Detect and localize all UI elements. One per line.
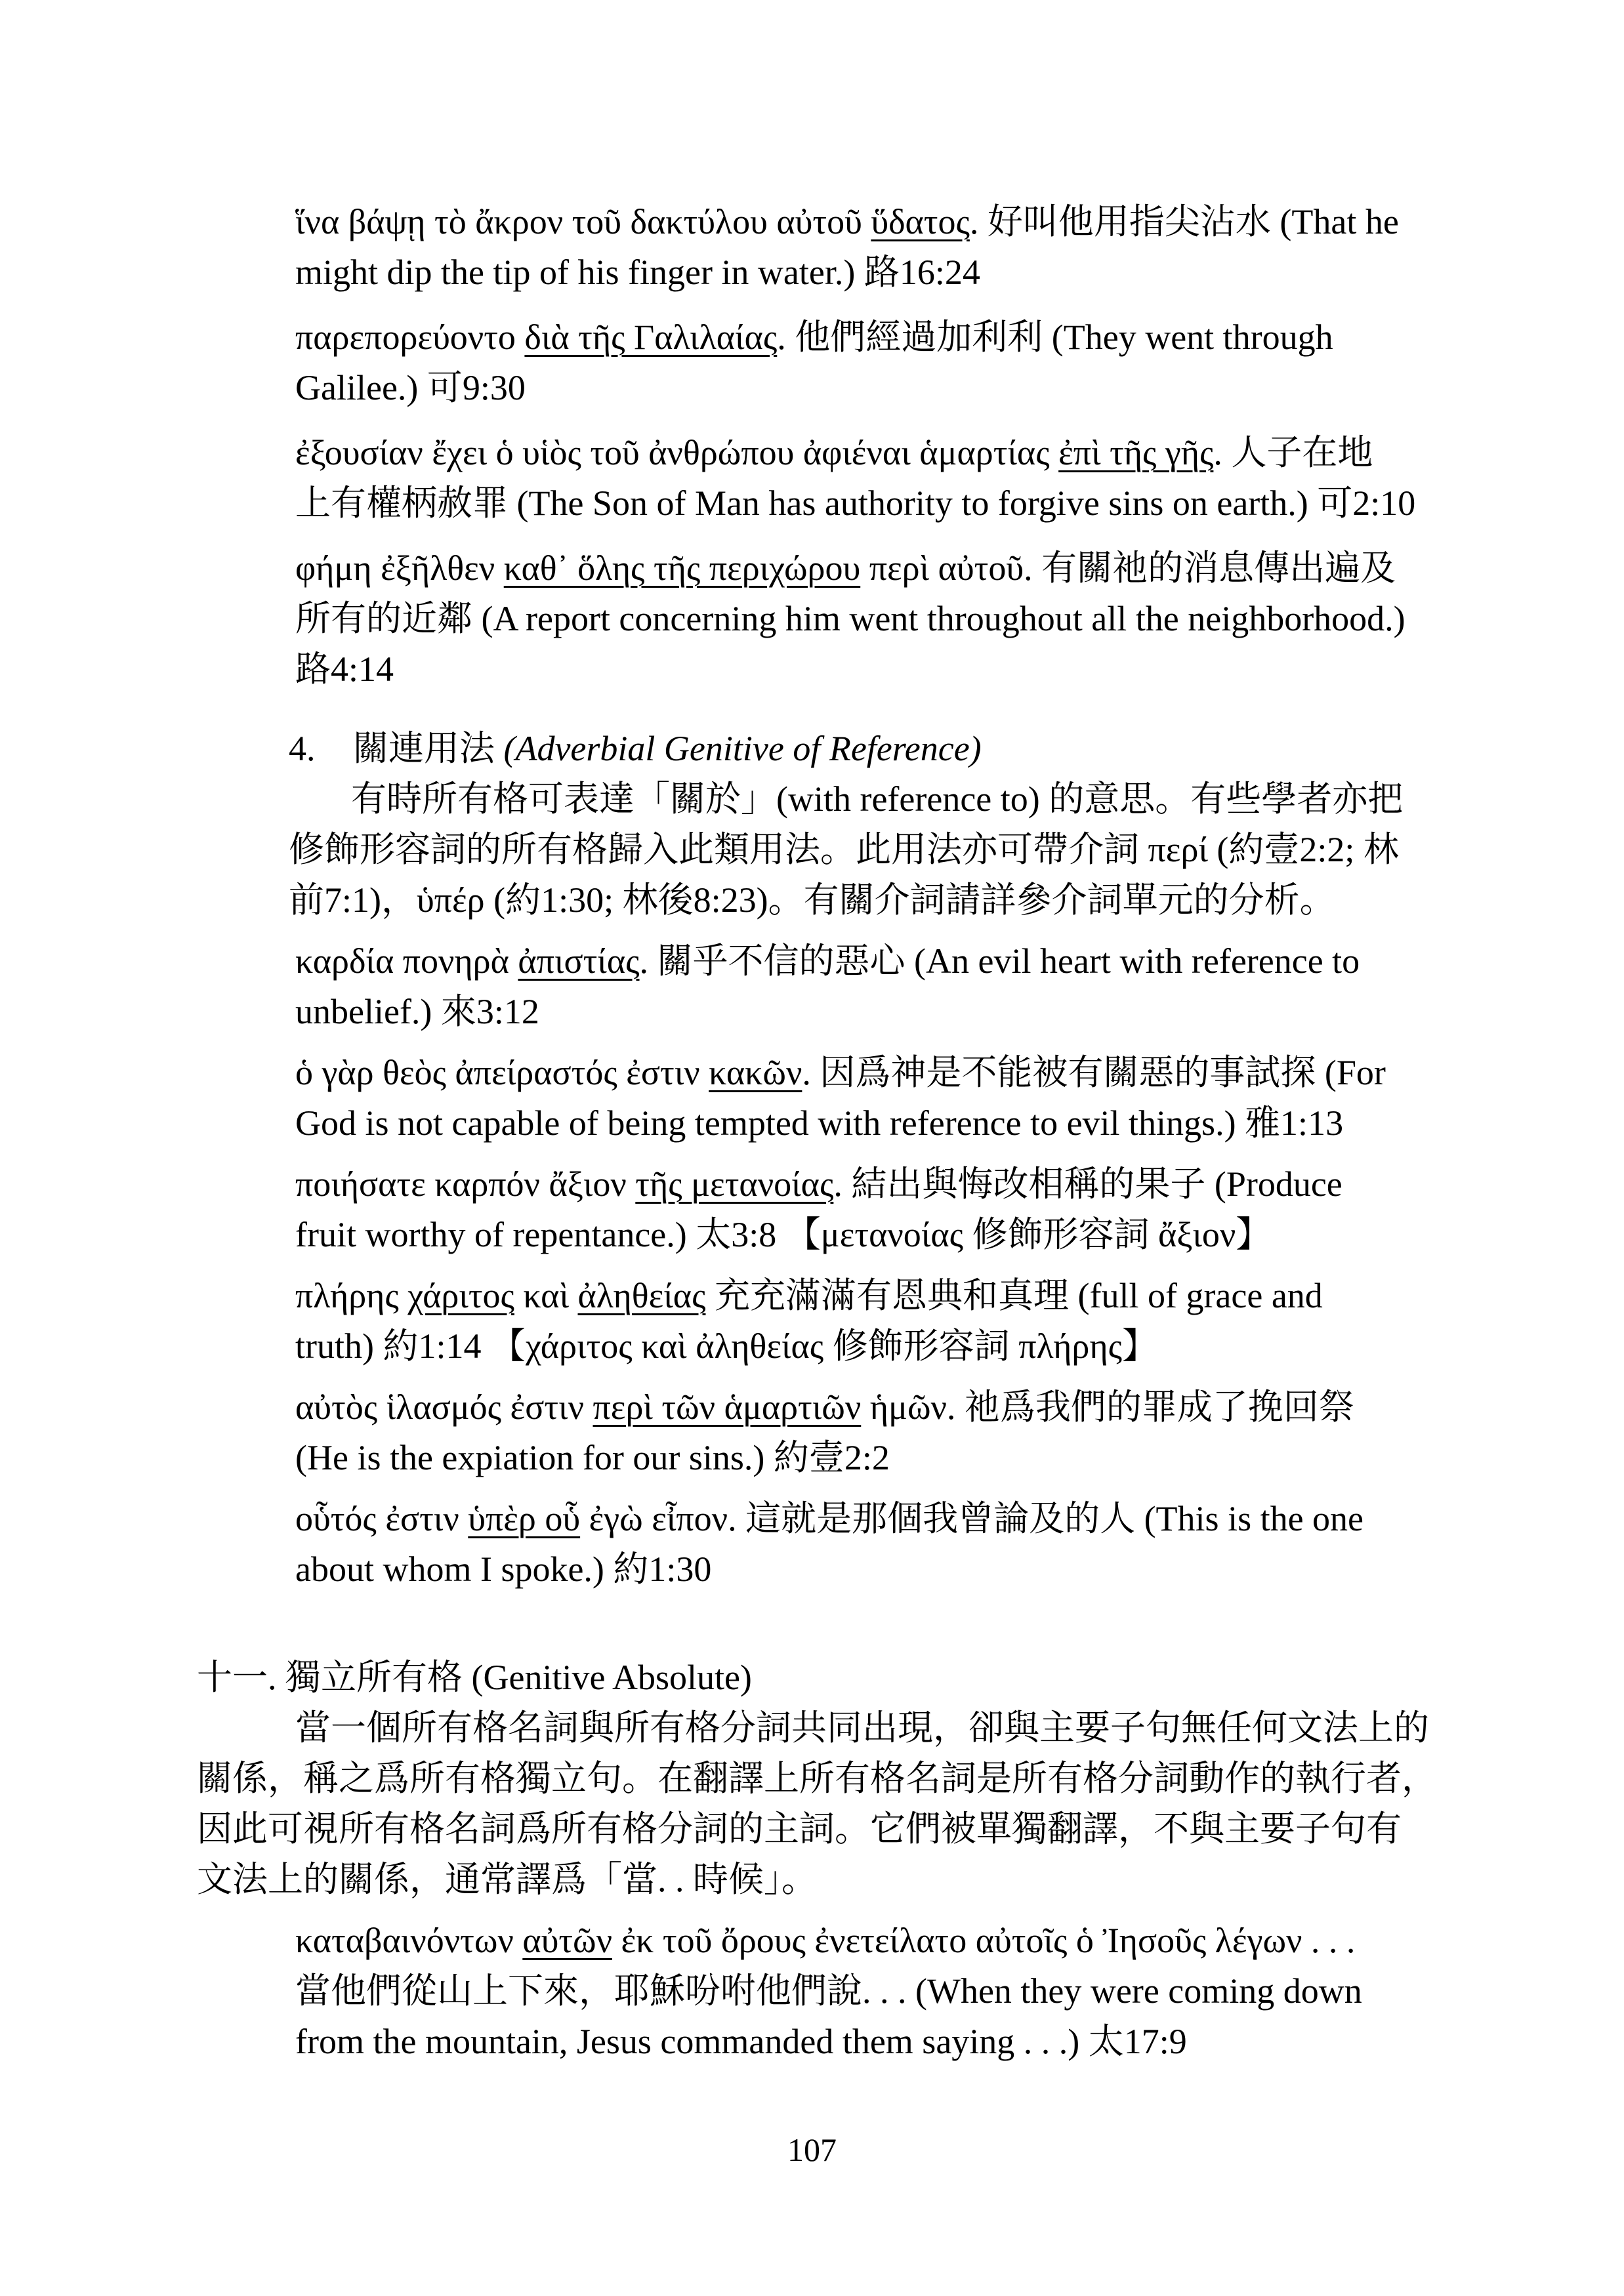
text-segment: (Produce [1205, 1164, 1342, 1204]
text-segment: (When they were coming down [915, 1971, 1362, 2011]
text-segment: 】 [1236, 1215, 1271, 1254]
greek-underlined-phrase: ἀληθείας [577, 1276, 705, 1315]
text-segment: 上有權柄赦罪 [295, 483, 508, 523]
text-segment: ἐκ τοῦ ὄρους ἐνετείλατο αὐτοῖς ὁ Ἰησοῦς … [612, 1921, 1355, 1960]
text-segment: 結出與悔改相稱的果子 [851, 1164, 1205, 1204]
text-segment: truth) [295, 1326, 383, 1366]
text-segment: καταβαινόντων [295, 1921, 522, 1960]
text-segment: (An evil heart with reference to [906, 941, 1360, 981]
text-line: 因此可視所有格名詞爲所有格分詞的主詞。它們被單獨翻譯，不與主要子句有 [197, 1804, 1493, 1855]
text-line: from the mountain, Jesus commanded them … [295, 2017, 1493, 2067]
text-line: (He is the expiation for our sins.) 約壹2:… [295, 1433, 1493, 1483]
text-segment: 有關祂的消息傳出遍及 [1041, 548, 1396, 588]
text-segment: about whom I spoke.) [295, 1549, 613, 1589]
text-segment: 可9:30 [427, 368, 526, 407]
text-segment: 這就是那個我曾論及的人 [745, 1499, 1135, 1538]
text-segment: fruit worthy of repentance.) [295, 1215, 696, 1254]
text-line: unbelief.) 來3:12 [295, 987, 1493, 1037]
text-line: about whom I spoke.) 約1:30 [295, 1544, 1493, 1595]
text-line: ὁ γὰρ θεὸς ἀπείραστός ἐστιν κακῶν. 因爲神是不… [295, 1048, 1493, 1098]
text-line: 修飾形容詞的所有格歸入此類用法。此用法亦可帶介詞 περί (約壹2:2; 林 [289, 825, 1493, 875]
text-line: ἐξουσίαν ἔχει ὁ υἱὸς τοῦ ἀνθρώπου ἀφιένα… [295, 428, 1493, 478]
text-segment: 太3:8 【 [696, 1215, 821, 1254]
page-footer: 107 [0, 2125, 1624, 2175]
text-line: fruit worthy of repentance.) 太3:8 【μεταν… [295, 1210, 1493, 1260]
text-segment: 當一個所有格名詞與所有格分詞共同出現，卻與主要子句無任何文法上的 [295, 1708, 1429, 1748]
text-segment: 約1:14 【 [383, 1326, 526, 1366]
example-john-1-14: πλήρης χάριτος καὶ ἀληθείας 充充滿滿有恩典和真理 (… [295, 1271, 1493, 1372]
greek-underlined-phrase: ἐπὶ τῆς γῆς [1058, 433, 1213, 472]
text-segment: παρεπορεύοντο [295, 318, 524, 357]
text-segment: (約壹2:2; 林 [1208, 830, 1399, 869]
text-segment: 當他們從山上下來，耶穌吩咐他們說. . . [295, 1971, 915, 2011]
text-line: πλήρης χάριτος καὶ ἀληθείας 充充滿滿有恩典和真理 (… [295, 1271, 1493, 1321]
text-line: παρεπορεύοντο διὰ τῆς Γαλιλαίας. 他們經過加利利… [295, 312, 1493, 363]
text-segment: 約壹2:2 [774, 1438, 890, 1477]
text-segment: περί [1148, 830, 1208, 869]
text-segment: (That he [1271, 202, 1399, 241]
text-segment: οὗτός ἐστιν [295, 1499, 468, 1538]
text-segment: might dip the tip of his finger in water… [295, 253, 864, 292]
text-segment: 關乎不信的惡心 [657, 941, 906, 981]
text-segment: (They went through [1043, 318, 1333, 357]
example-john-1-30: οὗτός ἐστιν ὑπὲρ οὗ ἐγὼ εἶπον. 這就是那個我曾論及… [295, 1494, 1493, 1595]
text-segment: καρδία πονηρὰ [295, 941, 518, 981]
text-line: God is not capable of being tempted with… [295, 1098, 1493, 1149]
text-segment: αὐτὸς ἱλασμός ἐστιν [295, 1387, 593, 1427]
example-matt-17-9: καταβαινόντων αὐτῶν ἐκ τοῦ ὄρους ἐνετείλ… [295, 1916, 1493, 2067]
text-line: truth) 約1:14 【χάριτος καὶ ἀληθείας 修飾形容詞… [295, 1321, 1493, 1372]
text-segment: 修飾形容詞的所有格歸入此類用法。此用法亦可帶介詞 [289, 830, 1148, 869]
heading-genitive-absolute: 十一. 獨立所有格 (Genitive Absolute) [197, 1652, 1493, 1703]
text-segment: 可2:10 [1317, 483, 1415, 523]
text-segment: 4. [289, 724, 353, 774]
text-segment: ἐξουσίαν ἔχει ὁ υἱὸς τοῦ ἀνθρώπου ἀφιένα… [295, 433, 1058, 472]
text-line: αὐτὸς ἱλασμός ἐστιν περὶ τῶν ἁμαρτιῶν ἡμ… [295, 1382, 1493, 1433]
heading-adverbial-genitive-of-reference: 4.關連用法 (Adverbial Genitive of Reference) [289, 724, 1493, 774]
greek-underlined-phrase: περὶ τῶν ἁμαρτιῶν [593, 1387, 862, 1427]
example-mark-9-30: παρεπορεύοντο διὰ τῆς Γαλιλαίας. 他們經過加利利… [295, 312, 1493, 413]
text-segment: πλήρης [1018, 1326, 1122, 1366]
greek-underlined-phrase: διὰ τῆς Γαλιλαίας [524, 318, 777, 357]
document-page: ἵνα βάψῃ τὸ ἄκρον τοῦ δακτύλου αὐτοῦ ὕδα… [0, 0, 1624, 2175]
text-segment: 】 [1122, 1326, 1157, 1366]
para-genitive-absolute: 當一個所有格名詞與所有格分詞共同出現，卻與主要子句無任何文法上的關係，稱之爲所有… [197, 1703, 1493, 1905]
text-segment: (He is the expiation for our sins.) [295, 1438, 774, 1477]
example-matt-3-8: ποιήσατε καρπόν ἄξιον τῆς μετανοίας. 結出與… [295, 1159, 1493, 1260]
text-segment: 關連用法 [353, 729, 504, 768]
text-segment: 路4:14 [295, 649, 394, 689]
text-segment: ἄξιον [1158, 1215, 1236, 1254]
text-segment: ποιήσατε καρπόν ἄξιον [295, 1164, 635, 1204]
text-line: 當他們從山上下來，耶穌吩咐他們說. . . (When they were co… [295, 1966, 1493, 2017]
para-adverbial-genitive-of-reference: 有時所有格可表達「關於」(with reference to) 的意思。有些學者… [289, 774, 1493, 926]
text-segment: 他們經過加利利 [795, 318, 1043, 357]
text-line: Galilee.) 可9:30 [295, 363, 1493, 413]
text-line: 上有權柄赦罪 (The Son of Man has authority to … [295, 478, 1493, 529]
text-segment: 祂爲我們的罪成了挽回祭 [965, 1387, 1354, 1427]
text-segment: (full of grace and [1069, 1276, 1323, 1315]
text-segment: 路16:24 [864, 253, 980, 292]
text-line: 當一個所有格名詞與所有格分詞共同出現，卻與主要子句無任何文法上的 [197, 1703, 1493, 1753]
text-segment: 文法上的關係，通常譯爲「當. . 時候」。 [197, 1860, 817, 1899]
text-segment: 充充滿滿有恩典和真理 [715, 1276, 1069, 1315]
text-segment: 因此可視所有格名詞爲所有格分詞的主詞。它們被單獨翻譯，不與主要子句有 [197, 1809, 1402, 1849]
text-line: ἵνα βάψῃ τὸ ἄκρον τοῦ δακτύλου αὐτοῦ ὕδα… [295, 197, 1493, 247]
text-segment: 太17:9 [1089, 2022, 1187, 2061]
text-segment: 有時所有格可表達「關於」(with reference to) 的意思。有些學者… [351, 779, 1403, 819]
text-line: καρδία πονηρὰ ἀπιστίας. 關乎不信的惡心 (An evil… [295, 936, 1493, 987]
text-segment: 約1:30 [613, 1549, 711, 1589]
text-segment: God is not capable of being tempted with… [295, 1103, 1245, 1143]
example-mark-2-10: ἐξουσίαν ἔχει ὁ υἱὸς τοῦ ἀνθρώπου ἀφιένα… [295, 428, 1493, 529]
text-segment: 修飾形容詞 [963, 1215, 1158, 1254]
text-segment: 好叫他用指尖沾水 [988, 202, 1271, 241]
text-line: φήμη ἐξῆλθεν καθ᾽ ὅλης τῆς περιχώρου περ… [295, 543, 1493, 594]
text-segment: . [970, 202, 988, 241]
text-segment: ἵνα βάψῃ τὸ ἄκρον τοῦ δακτύλου αὐτοῦ [295, 202, 871, 241]
text-segment: 因爲神是不能被有關惡的事試探 [820, 1053, 1316, 1092]
text-segment: from the mountain, Jesus commanded them … [295, 2022, 1089, 2061]
text-segment: 修飾形容詞 [823, 1326, 1018, 1366]
text-segment: unbelief.) [295, 992, 441, 1031]
greek-underlined-phrase: αὐτῶν [522, 1921, 612, 1960]
text-segment: μετανοίας [821, 1215, 963, 1254]
text-segment: (約1:30; 林後8:23)。有關介詞請詳參介詞單元的分析。 [485, 880, 1335, 920]
text-line: ποιήσατε καρπόν ἄξιον τῆς μετανοίας. 結出與… [295, 1159, 1493, 1210]
text-segment: χάριτος καὶ ἀληθείας [526, 1326, 823, 1366]
text-segment: (This is the one [1135, 1499, 1364, 1538]
text-segment [705, 1276, 715, 1315]
text-segment: (A report concerning him went throughout… [472, 599, 1405, 638]
greek-underlined-phrase: κακῶν [709, 1053, 802, 1092]
text-segment: καὶ [514, 1276, 578, 1315]
text-segment: ἐγὼ εἶπον. [580, 1499, 745, 1538]
text-segment: (Adverbial Genitive of Reference) [504, 729, 982, 768]
text-segment: πλήρης [295, 1276, 407, 1315]
example-heb-3-12: καρδία πονηρὰ ἀπιστίας. 關乎不信的惡心 (An evil… [295, 936, 1493, 1037]
example-luke-4-14: φήμη ἐξῆλθεν καθ᾽ ὅλης τῆς περιχώρου περ… [295, 543, 1493, 695]
text-segment: . [833, 1164, 851, 1204]
text-segment: περὶ αὐτοῦ. [860, 548, 1041, 588]
text-line: 關係，稱之爲所有格獨立句。在翻譯上所有格名詞是所有格分詞動作的執行者， [197, 1753, 1493, 1804]
text-line: 有時所有格可表達「關於」(with reference to) 的意思。有些學者… [289, 774, 1493, 825]
page-number: 107 [787, 2131, 837, 2168]
text-segment: 前7:1)， [289, 880, 417, 920]
text-line: 文法上的關係，通常譯爲「當. . 時候」。 [197, 1855, 1493, 1905]
text-segment: . [1213, 433, 1231, 472]
text-line: might dip the tip of his finger in water… [295, 247, 1493, 298]
text-segment: 來3:12 [441, 992, 539, 1031]
greek-underlined-phrase: ὕδατος [871, 202, 970, 241]
text-segment: φήμη ἐξῆλθεν [295, 548, 504, 588]
text-segment: ὁ γὰρ θεὸς ἀπείραστός ἐστιν [295, 1053, 709, 1092]
text-line: 4.關連用法 (Adverbial Genitive of Reference) [289, 724, 1493, 774]
content: ἵνα βάψῃ τὸ ἄκρον τοῦ δακτύλου αὐτοῦ ὕδα… [0, 0, 1624, 2067]
text-segment: ὑπέρ [417, 880, 485, 920]
greek-underlined-phrase: ἀπιστίας [518, 941, 639, 981]
text-line: 十一. 獨立所有格 (Genitive Absolute) [197, 1652, 1493, 1703]
text-line: καταβαινόντων αὐτῶν ἐκ τοῦ ὄρους ἐνετείλ… [295, 1916, 1493, 1966]
text-segment: Galilee.) [295, 368, 427, 407]
text-line: 路4:14 [295, 644, 1493, 695]
greek-underlined-phrase: χάριτος [407, 1276, 514, 1315]
greek-underlined-phrase: ὑπὲρ οὗ [468, 1499, 580, 1538]
text-segment: (For [1316, 1053, 1386, 1092]
text-segment: . [802, 1053, 820, 1092]
greek-underlined-phrase: καθ᾽ ὅλης τῆς περιχώρου [504, 548, 860, 588]
text-segment: ἡμῶν. [861, 1387, 965, 1427]
example-luke-16-24: ἵνα βάψῃ τὸ ἄκρον τοῦ δακτύλου αὐτοῦ ὕδα… [295, 197, 1493, 298]
text-line: οὗτός ἐστιν ὑπὲρ οὗ ἐγὼ εἶπον. 這就是那個我曾論及… [295, 1494, 1493, 1544]
text-line: 前7:1)，ὑπέρ (約1:30; 林後8:23)。有關介詞請詳參介詞單元的分… [289, 875, 1493, 926]
text-segment: 十一. 獨立所有格 (Genitive Absolute) [197, 1658, 752, 1697]
text-segment: 人子在地 [1231, 433, 1373, 472]
text-segment: 所有的近鄰 [295, 599, 472, 638]
text-segment: (The Son of Man has authority to forgive… [508, 483, 1317, 523]
example-jas-1-13: ὁ γὰρ θεὸς ἀπείραστός ἐστιν κακῶν. 因爲神是不… [295, 1048, 1493, 1149]
text-segment: . [777, 318, 795, 357]
text-segment: 雅1:13 [1245, 1103, 1343, 1143]
example-1john-2-2: αὐτὸς ἱλασμός ἐστιν περὶ τῶν ἁμαρτιῶν ἡμ… [295, 1382, 1493, 1483]
text-segment: . [640, 941, 657, 981]
greek-underlined-phrase: τῆς μετανοίας [635, 1164, 833, 1204]
text-segment: 關係，稱之爲所有格獨立句。在翻譯上所有格名詞是所有格分詞動作的執行者， [197, 1759, 1437, 1798]
text-line: 所有的近鄰 (A report concerning him went thro… [295, 594, 1493, 644]
